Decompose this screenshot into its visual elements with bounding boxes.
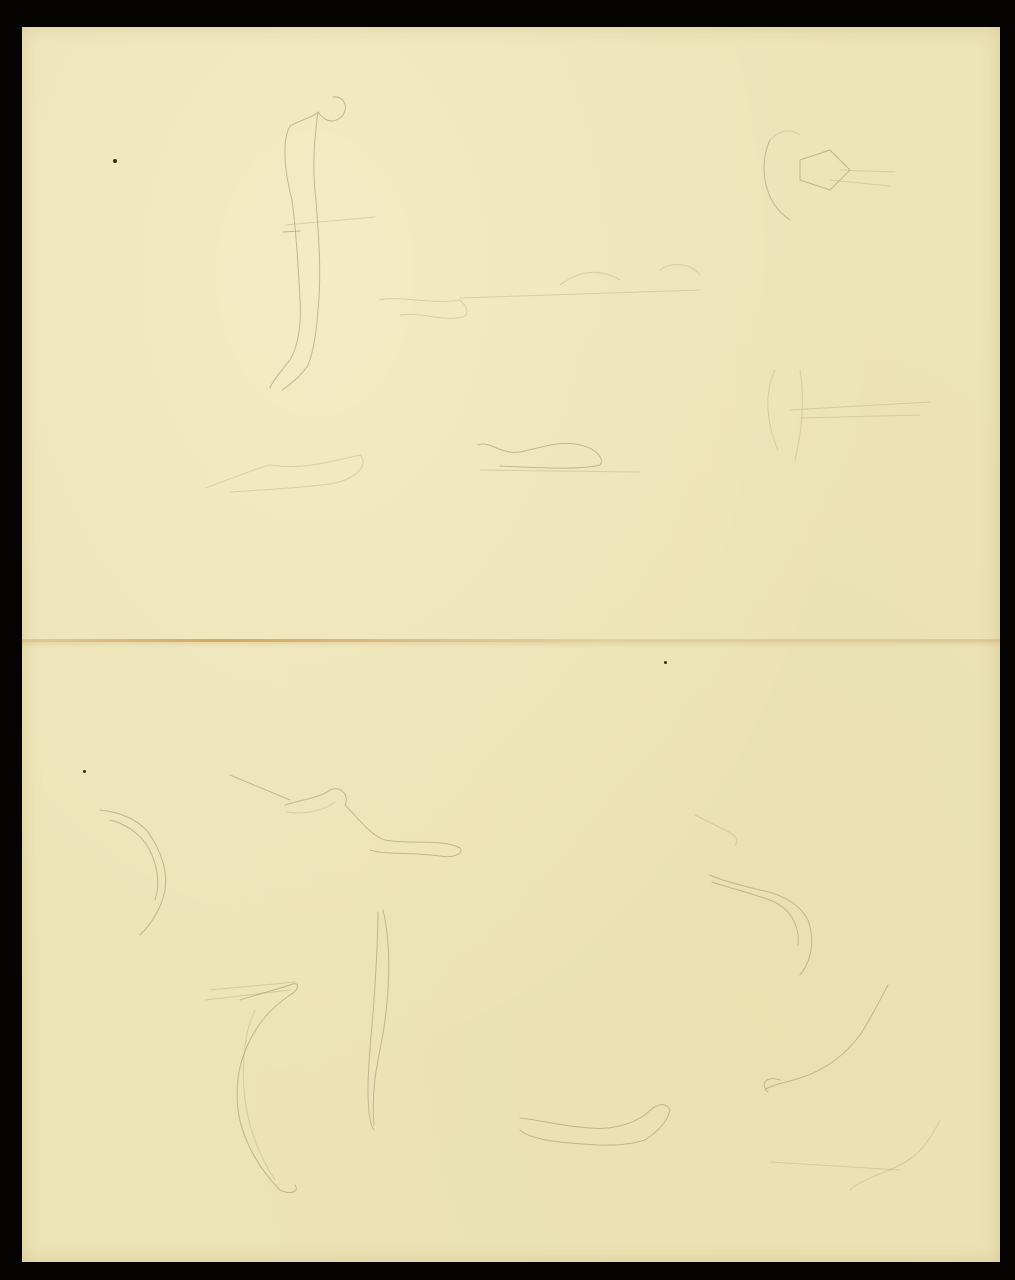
sketch-vertical-figure-bottom-center xyxy=(368,910,389,1130)
sketch-arched-figure-bottom-left xyxy=(205,982,298,1192)
sketch-figure-vertical-top-left xyxy=(270,97,375,390)
pencil-sketches xyxy=(0,0,1015,1280)
sketch-figure-right-middle xyxy=(768,370,930,460)
sketch-horizontal-figures-middle xyxy=(205,443,640,492)
sketch-horizontal-diver-bottom xyxy=(230,775,461,857)
sketch-divers-right xyxy=(695,815,940,1190)
sketch-swimmer-bottom-center xyxy=(520,1105,670,1146)
sketch-figure-top-right xyxy=(764,131,895,220)
sketch-diving-figure-bottom-left xyxy=(100,810,166,935)
sketch-horizontal-figures-top-center xyxy=(380,265,700,319)
